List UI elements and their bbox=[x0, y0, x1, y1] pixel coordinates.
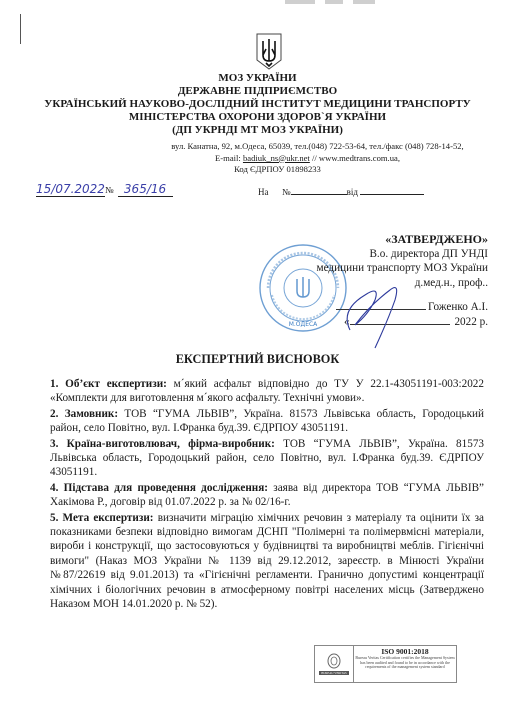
section-basis: 4. Підстава для проведення дослідження: … bbox=[50, 481, 484, 510]
iso-certification-box: BUREAU VERITAS ISO 9001:2018 Bureau Veri… bbox=[314, 645, 457, 683]
institute-abbreviation: (ДП УКРНДІ МТ МОЗ УКРАЇНИ) bbox=[0, 124, 515, 137]
section-customer: 2. Замовник: ТОВ “ГУМА ЛЬВІВ”, Україна. … bbox=[50, 407, 484, 436]
bureau-veritas-logo-icon: BUREAU VERITAS bbox=[315, 646, 354, 682]
approval-title: «ЗАТВЕРДЖЕНО» bbox=[300, 232, 488, 247]
email-link[interactable]: badiuk_ns@ukr.net bbox=[243, 153, 310, 163]
scan-margin-line bbox=[20, 14, 21, 44]
ministry-name: МОЗ УКРАЇНИ bbox=[0, 72, 515, 85]
handwritten-signature-icon bbox=[320, 270, 410, 350]
ukraine-trident-emblem-icon bbox=[255, 33, 283, 71]
ministry-full-name: МІНІСТЕРСТВА ОХОРОНИ ЗДОРОВ`Я УКРАЇНИ bbox=[0, 111, 515, 124]
section-manufacturer: 3. Країна-виготовлювач, фірма-виробник: … bbox=[50, 437, 484, 480]
edrpou-code: Код ЄДРПОУ 01898233 bbox=[0, 164, 515, 176]
outgoing-registration: 15/07.2022№ 365/16 bbox=[36, 180, 186, 198]
handwritten-date: 15/07.2022 bbox=[36, 182, 105, 197]
document-title: ЕКСПЕРТНИЙ ВИСНОВОК bbox=[0, 352, 515, 367]
address-line: вул. Канатна, 92, м.Одеса, 65039, тел.(0… bbox=[0, 141, 515, 153]
iso-description: Bureau Veritas Certification certifies t… bbox=[354, 656, 456, 670]
website: // www.medtrans.com.ua, bbox=[310, 153, 400, 163]
reply-reference: На №від bbox=[258, 187, 458, 197]
handwritten-number: 365/16 bbox=[118, 182, 173, 197]
section-purpose: 5. Мета експертизи: визначити міграцію х… bbox=[50, 511, 484, 612]
section-object: 1. Об’єкт експертизи: м´який асфальт від… bbox=[50, 377, 484, 406]
scan-artifact-marks bbox=[285, 0, 405, 5]
approver-position: В.о. директора ДП УНДІ bbox=[300, 247, 488, 262]
document-body: 1. Об’єкт експертизи: м´який асфальт від… bbox=[50, 377, 484, 613]
enterprise-type: ДЕРЖАВНЕ ПІДПРИЄМСТВО bbox=[0, 85, 515, 98]
contact-line: E-mail: badiuk_ns@ukr.net // www.medtran… bbox=[0, 153, 515, 165]
address-block: вул. Канатна, 92, м.Одеса, 65039, тел.(0… bbox=[0, 141, 515, 176]
institute-name: УКРАЇНСЬКИЙ НАУКОВО-ДОСЛІДНИЙ ІНСТИТУТ М… bbox=[0, 98, 515, 111]
